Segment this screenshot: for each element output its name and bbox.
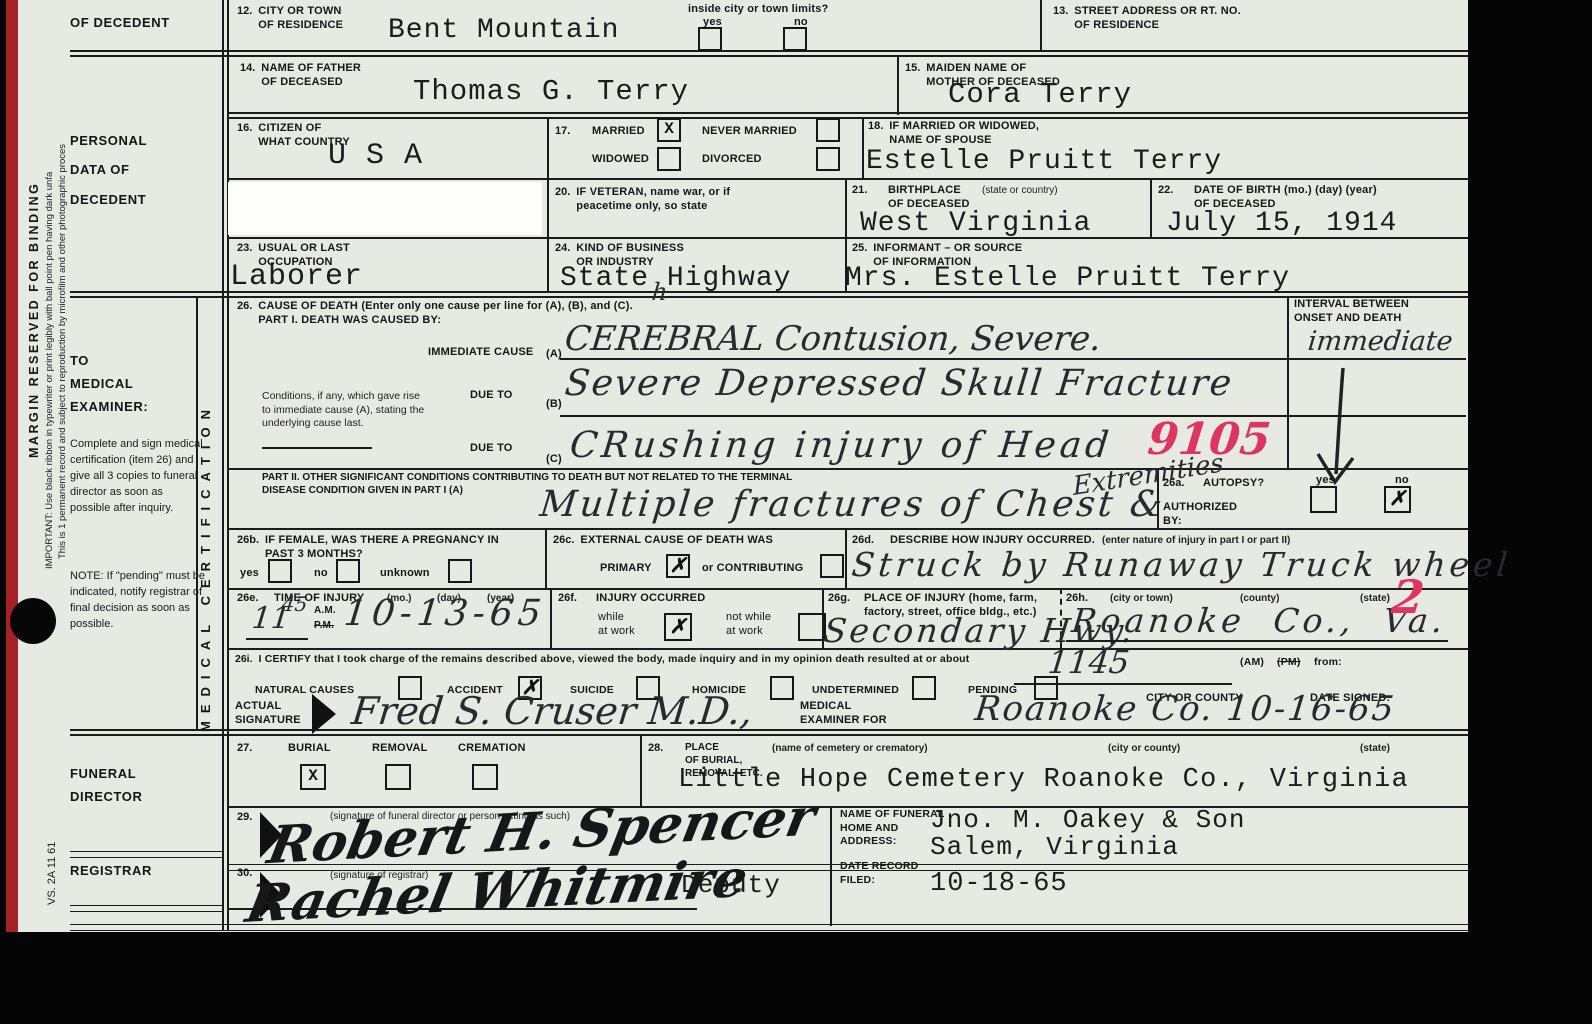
cause-c-value: CRushing injury of Head (568, 428, 1114, 464)
field-20-veteran: 20. IF VETERAN, name war, or if peacetim… (555, 185, 730, 214)
not-while-at-work-label: not while at work (726, 610, 771, 639)
date-record-filed-value: 10-18-65 (930, 870, 1068, 898)
autopsy-label: AUTOPSY? (1203, 476, 1264, 490)
certify-am-label: (AM) (1240, 656, 1264, 670)
grid-line (547, 180, 549, 237)
field-16-value: U S A (328, 141, 423, 173)
funeral-home-address: Salem, Virginia (930, 834, 1179, 861)
field-label: STREET ADDRESS OR RT. NO. OF RESIDENCE (1074, 4, 1241, 33)
deputy-title: , Deputy (648, 872, 781, 899)
grid-line (227, 178, 1468, 180)
not-while-at-work-checkbox (798, 613, 826, 641)
conditions-note: Conditions, if any, which gave rise to i… (262, 390, 424, 431)
underline (262, 447, 372, 449)
grid-line (70, 851, 222, 858)
field-label: IF MARRIED OR WIDOWED, NAME OF SPOUSE (889, 119, 1039, 148)
limits-yes-checkbox (698, 27, 722, 51)
medical-examiner-for-value: Roanoke Co. 10-16-65 (973, 692, 1397, 726)
interval-value: immediate (1307, 328, 1455, 355)
binding-red-strip (6, 0, 18, 932)
field-number: 25. (852, 241, 867, 255)
field-number: 20. (555, 185, 570, 199)
autopsy-yes-checkbox (1310, 486, 1337, 513)
underline (1066, 640, 1448, 642)
field-label: IF FEMALE, WAS THERE A PREGNANCY IN PAST… (265, 533, 499, 562)
contributing-checkbox (820, 554, 844, 578)
grid-line (227, 468, 1468, 470)
grid-line (550, 588, 552, 648)
grid-line (1040, 0, 1042, 50)
divorced-checkbox (816, 147, 840, 171)
contributing-label: or CONTRIBUTING (702, 561, 803, 575)
cause-b-value: Severe Depressed Skull Fracture (563, 366, 1235, 402)
injury-time-minutes: 45 (281, 594, 309, 614)
cause-c-label: (C) (546, 452, 562, 466)
due-to-label: DUE TO (470, 441, 513, 455)
field-label: NAME OF FATHER OF DECEASED (261, 61, 361, 90)
am-label: A.M. (314, 604, 336, 617)
form-code: VS. 2A 11 61 (46, 810, 58, 905)
field-14-value: Thomas G. Terry (413, 77, 689, 107)
immediate-cause-label: IMMEDIATE CAUSE (428, 345, 533, 359)
field-26c-external-cause: 26c. EXTERNAL CAUSE OF DEATH WAS (553, 533, 773, 547)
field-18-value: Estelle Pruitt Terry (866, 147, 1222, 176)
primary-checkbox: ✗ (666, 554, 690, 578)
field-24-handwritten-correction: h (651, 280, 669, 304)
field-26a-number: 26a. (1163, 476, 1184, 490)
death-certificate-scan: MARGIN RESERVED FOR BINDING IMPORTANT: U… (0, 0, 1592, 1024)
field-number: 18. (868, 119, 883, 133)
removal-checkbox (385, 764, 411, 790)
field-number: 26c. (553, 533, 574, 547)
field-27-number: 27. (237, 741, 252, 755)
field-26g-number: 26g. (828, 591, 850, 605)
funeral-home-label: NAME OF FUNERAL HOME AND ADDRESS: (840, 808, 945, 849)
state-hint: (state) (1360, 742, 1390, 755)
field-label: EXTERNAL CAUSE OF DEATH WAS (580, 533, 773, 547)
certify-time-value: 1145 (1046, 646, 1131, 678)
interval-label: INTERVAL BETWEEN ONSET AND DEATH (1294, 297, 1409, 326)
grid-line (862, 118, 864, 178)
grid-line (227, 528, 1468, 530)
field-23-value: Laborer (230, 262, 363, 294)
grid-line (70, 905, 222, 912)
field-30-number: 30. (237, 866, 252, 880)
grid-line (547, 118, 549, 178)
pm-label-struck: P.M. (314, 619, 334, 632)
field-number: 26i. (235, 653, 253, 667)
field-number: 13. (1053, 4, 1068, 18)
field-26b-pregnancy: 26b. IF FEMALE, WAS THERE A PREGNANCY IN… (237, 533, 499, 562)
cremation-checkbox (472, 764, 498, 790)
redaction-box (228, 182, 542, 235)
grid-line (196, 297, 198, 730)
while-at-work-checkbox: ✗ (664, 613, 692, 641)
field-label: CITY OR TOWN OF RESIDENCE (258, 4, 343, 33)
red-code-2: 2 (1390, 574, 1427, 620)
married-label: MARRIED (592, 124, 645, 138)
grid-line (545, 528, 547, 588)
field-22-number: 22. (1158, 183, 1173, 197)
underline (246, 638, 308, 640)
authorized-by-label: AUTHORIZED BY: (1163, 500, 1237, 529)
grid-line (222, 0, 229, 930)
field-22-label: DATE OF BIRTH (mo.) (day) (year) (1194, 183, 1377, 197)
due-to-label: DUE TO (470, 388, 513, 402)
city-county-hint: (city or county) (1108, 742, 1180, 755)
section-registrar-label: REGISTRAR (70, 862, 152, 880)
medical-certification-vertical-label: MEDICAL CERTIFICATION (197, 300, 215, 732)
certify-from-label: from: (1314, 656, 1342, 670)
field-17-number: 17. (555, 124, 570, 138)
hole-punch-mark (10, 598, 56, 644)
field-21-hint: (state or country) (982, 184, 1058, 197)
margin-important-line1: IMPORTANT: Use black ribbon in typewrite… (44, 4, 55, 569)
widowed-checkbox (657, 147, 681, 171)
injury-date-value: 10-13-65 (342, 596, 548, 632)
pending-note: NOTE: If "pending" must be indicated, no… (70, 569, 208, 633)
field-12-value: Bent Mountain (388, 16, 619, 45)
cause-b-label: (B) (546, 397, 562, 411)
never-married-label: NEVER MARRIED (702, 124, 797, 138)
grid-line (845, 528, 847, 588)
pregnancy-unknown-label: unknown (380, 566, 430, 580)
field-14-father-name: 14. NAME OF FATHER OF DECEASED (240, 61, 361, 90)
grid-line (227, 588, 1468, 590)
actual-signature-label: ACTUAL SIGNATURE (235, 699, 301, 728)
field-label: IF VETERAN, name war, or if peacetime on… (576, 185, 730, 214)
pregnancy-yes-label: yes (240, 566, 259, 580)
pregnancy-no-checkbox (336, 559, 360, 583)
section-personal-data-label: PERSONAL DATA OF DECEDENT (70, 126, 147, 214)
field-25-value: Mrs. Estelle Pruitt Terry (845, 264, 1290, 293)
grid-line (845, 180, 847, 237)
field-number: 26b. (237, 533, 259, 547)
field-number: 14. (240, 61, 255, 75)
field-24-value: State Highway (560, 264, 791, 293)
section-of-decedent-label: OF DECEDENT (70, 14, 170, 32)
cause-a-value: CEREBRAL Contusion, Severe. (563, 322, 1103, 356)
pregnancy-yes-checkbox (268, 559, 292, 583)
field-22-value: July 15, 1914 (1166, 209, 1397, 238)
field-number: 12. (237, 4, 252, 18)
section-to-medical-examiner-label: TO MEDICAL EXAMINER: (70, 350, 148, 418)
grid-line (1150, 180, 1152, 237)
removal-label: REMOVAL (372, 741, 428, 755)
margin-binding-text: MARGIN RESERVED FOR BINDING (26, 108, 43, 458)
field-number: 15. (905, 61, 920, 75)
cemetery-hint: (name of cemetery or crematory) (772, 742, 928, 755)
certify-pm-label-struck: (PM) (1277, 656, 1301, 670)
pregnancy-no-label: no (314, 566, 328, 580)
divorced-label: DIVORCED (702, 152, 762, 166)
cause-a-label: (A) (546, 347, 562, 361)
widowed-label: WIDOWED (592, 152, 649, 166)
field-21-number: 21. (852, 183, 867, 197)
pregnancy-unknown-checkbox (448, 559, 472, 583)
cremation-label: CREMATION (458, 741, 526, 755)
field-15-value: Cora Terry (948, 80, 1132, 110)
limits-no-checkbox (783, 27, 807, 51)
date-record-filed-label: DATE RECORD FILED: (840, 860, 918, 887)
field-13-street-address: 13. STREET ADDRESS OR RT. NO. OF RESIDEN… (1053, 4, 1241, 33)
undetermined-label: UNDETERMINED (812, 684, 899, 698)
certify-statement: I CERTIFY that I took charge of the rema… (259, 653, 970, 667)
grid-line (70, 729, 1468, 736)
medical-examiner-for-label: MEDICAL EXAMINER FOR (800, 699, 887, 728)
grid-line (897, 57, 899, 115)
funeral-home-name: Jno. M. Oakey & Son (930, 807, 1245, 834)
burial-label: BURIAL (288, 741, 331, 755)
medical-examiner-signature: Fred S. Cruser M.D., (350, 692, 754, 730)
never-married-checkbox (816, 118, 840, 142)
field-number: 24. (555, 241, 570, 255)
field-29-number: 29. (237, 810, 252, 824)
margin-important-line2: This is 1 permanent record and subject t… (57, 4, 68, 559)
field-number: 26. (237, 299, 252, 313)
field-number: 23. (237, 241, 252, 255)
undetermined-checkbox (912, 676, 936, 700)
field-18-spouse-name: 18. IF MARRIED OR WIDOWED, NAME OF SPOUS… (868, 119, 1039, 148)
grid-line (1287, 297, 1289, 468)
injury-occurred-label: INJURY OCCURRED (596, 591, 705, 605)
grid-line (227, 112, 1468, 119)
field-number: 16. (237, 121, 252, 135)
primary-label: PRIMARY (600, 561, 652, 575)
homicide-checkbox (770, 676, 794, 700)
section-funeral-director-label: FUNERAL DIRECTOR (70, 763, 142, 809)
autopsy-no-checkbox: ✗ (1384, 486, 1411, 513)
burial-checkbox: X (300, 764, 326, 790)
while-at-work-label: while at work (598, 610, 635, 639)
field-21-value: West Virginia (860, 209, 1091, 238)
field-26f-number: 26f. (558, 591, 577, 605)
natural-causes-label: NATURAL CAUSES (255, 684, 354, 698)
grid-line (70, 50, 1468, 57)
field-21-label: BIRTHPLACE (888, 183, 961, 197)
field-12-city-or-town: 12. CITY OR TOWN OF RESIDENCE (237, 4, 343, 33)
married-checkbox: X (657, 118, 681, 142)
field-28-number: 28. (648, 741, 663, 755)
grid-line (547, 239, 549, 291)
complete-and-sign-note: Complete and sign medical certification … (70, 437, 204, 517)
